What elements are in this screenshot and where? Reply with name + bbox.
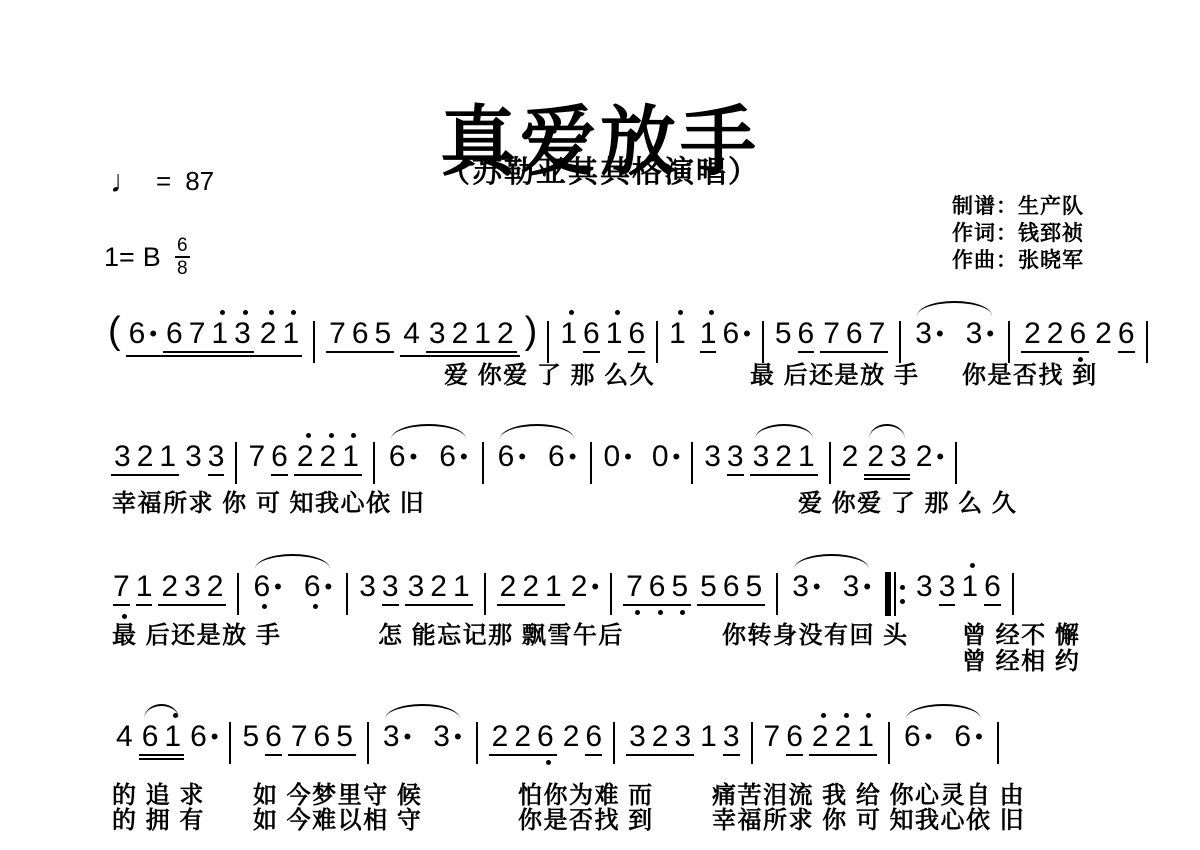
- note-digit: 6: [954, 722, 971, 752]
- note: 2: [842, 442, 859, 472]
- note-group: 226: [1021, 319, 1089, 353]
- augmentation-dot: •: [986, 323, 994, 345]
- note-digit: 5: [700, 572, 717, 602]
- note: 3: [674, 722, 691, 752]
- note-body: 6: [1069, 319, 1086, 349]
- note-group: 43212: [400, 319, 519, 357]
- note-body: 6•: [904, 722, 932, 752]
- note: 2: [835, 722, 852, 752]
- note-body: 6•: [439, 442, 467, 472]
- note-body: 1: [474, 319, 491, 349]
- barline: [476, 722, 478, 764]
- tie-arc: [144, 704, 179, 719]
- note: 3: [382, 572, 399, 606]
- octave-dot-above: [243, 310, 248, 315]
- note-body: 3: [185, 442, 202, 472]
- note-digit: 6: [628, 319, 645, 349]
- note-body: 3: [208, 442, 225, 476]
- octave-dot-below: [546, 760, 551, 765]
- note: 6: [846, 319, 863, 349]
- note-digit: 6: [253, 572, 270, 602]
- note-digit: 6: [1118, 319, 1135, 349]
- note: 1: [342, 442, 359, 472]
- note: 4: [403, 319, 420, 349]
- note-body: 3•: [843, 572, 871, 602]
- note-body: 5: [375, 319, 392, 349]
- barline: [1008, 321, 1010, 363]
- note-digit: 6: [389, 442, 406, 472]
- note: 2: [320, 442, 337, 472]
- note: 2: [1095, 319, 1112, 349]
- note: 6: [1069, 319, 1086, 349]
- note: 6: [1118, 319, 1135, 353]
- augmentation-dot: •: [936, 446, 944, 468]
- note: 2: [522, 572, 539, 602]
- note-digit: 1: [282, 319, 299, 349]
- note-digit: 7: [248, 442, 265, 472]
- barline: [346, 573, 348, 615]
- note-body: 2: [297, 442, 314, 472]
- repeat-thick-bar: [885, 572, 891, 616]
- augmentation-dot: •: [591, 576, 599, 598]
- note-digit: 6: [166, 319, 183, 349]
- note: 2: [652, 722, 669, 752]
- lyrics-segment: 如 今梦里守 候: [253, 784, 422, 808]
- note: 7: [189, 319, 206, 349]
- note-body: 2•: [916, 442, 944, 472]
- note-body: 2: [452, 319, 469, 349]
- note-group: 232: [158, 572, 226, 606]
- note-digit: 3: [114, 442, 131, 472]
- note-group: 221: [809, 722, 877, 756]
- note-digit: 2: [916, 442, 933, 472]
- note: 7: [823, 319, 840, 349]
- tie-arc: [385, 704, 460, 719]
- note: 3: [185, 442, 202, 472]
- note-body: 3: [234, 319, 251, 349]
- note-body: 2: [260, 319, 277, 349]
- tie-arc: [255, 554, 330, 569]
- note: 3: [408, 572, 425, 602]
- note-digit: 3: [429, 319, 446, 349]
- note-body: 2: [320, 442, 337, 472]
- note-body: 1: [560, 319, 577, 349]
- augmentation-dot: •: [863, 576, 871, 598]
- note-body: 6: [265, 722, 282, 756]
- note-body: 1: [453, 572, 470, 602]
- note-group: 6•6•: [901, 722, 986, 752]
- tie-arc: [869, 424, 904, 439]
- note: 5: [671, 572, 688, 602]
- note-body: 1: [669, 319, 686, 349]
- note: 1: [700, 722, 717, 752]
- note: 3: [234, 319, 251, 349]
- note-body: 3: [723, 722, 740, 756]
- note-digit: 6: [265, 722, 282, 752]
- note-body: 6: [142, 722, 159, 752]
- note-digit: 6: [548, 442, 565, 472]
- note-body: 2: [430, 572, 447, 602]
- note-digit: 1: [136, 572, 153, 602]
- octave-dot-below: [122, 614, 127, 619]
- note-body: 1: [700, 319, 717, 353]
- jianpu-line-3: 712326•6•333212212•7655653•3•3316: [110, 572, 1022, 609]
- note-body: 2: [500, 572, 517, 602]
- note-group: 226: [489, 722, 557, 756]
- note: 6: [786, 722, 803, 756]
- lyrics-segment: 你是否找 到: [962, 364, 1098, 388]
- note-digit: 2: [842, 442, 859, 472]
- note-body: 3: [408, 572, 425, 602]
- octave-dot-above: [678, 310, 683, 315]
- augmentation-dot: •: [410, 446, 418, 468]
- barline: [762, 321, 764, 363]
- note-group: 23: [864, 442, 909, 476]
- note: 3: [184, 572, 201, 602]
- note-digit: 6: [190, 722, 207, 752]
- note-digit: 6: [304, 572, 321, 602]
- note-body: 7: [189, 319, 206, 349]
- note-digit: 4: [403, 319, 420, 349]
- note-body: 7: [869, 319, 886, 349]
- note: 7: [291, 722, 308, 752]
- note-body: 3: [629, 722, 646, 752]
- note-body: 5: [671, 572, 688, 602]
- note: 5: [242, 722, 259, 752]
- note-group: 323: [626, 722, 694, 756]
- note: 3: [429, 319, 446, 349]
- note: 1: [474, 319, 491, 349]
- note: 4: [116, 722, 133, 752]
- note-body: 6•: [304, 572, 332, 602]
- note-body: 6•: [253, 572, 281, 602]
- note-body: 3: [753, 442, 770, 472]
- note-body: 1: [606, 319, 623, 349]
- note: 6•: [954, 722, 982, 752]
- note-group: 321: [750, 442, 818, 476]
- note-digit: 7: [113, 572, 130, 602]
- note: 2: [1047, 319, 1064, 349]
- note: 7: [329, 319, 346, 349]
- note: 3: [114, 442, 131, 472]
- note-digit: 3: [843, 572, 860, 602]
- barline: [547, 321, 549, 363]
- note-body: 2: [514, 722, 531, 752]
- tie-arc: [794, 554, 869, 569]
- note-digit: 5: [336, 722, 353, 752]
- note-body: 2: [161, 572, 178, 602]
- note-digit: 3: [966, 319, 983, 349]
- note-digit: 1: [453, 572, 470, 602]
- note: 3•: [966, 319, 994, 349]
- note-digit: 3: [792, 572, 809, 602]
- note-body: 3: [359, 572, 376, 602]
- note-body: 1: [159, 442, 176, 472]
- barline: [955, 442, 957, 484]
- tie-arc: [755, 424, 813, 439]
- note-digit: 6: [722, 319, 739, 349]
- note-body: 1: [798, 442, 815, 472]
- note-digit: 7: [291, 722, 308, 752]
- augmentation-dot: •: [813, 576, 821, 598]
- note-body: 5: [746, 572, 763, 602]
- note-body: 4: [403, 319, 420, 349]
- note-digit: 6: [585, 722, 602, 752]
- note-digit: 2: [1024, 319, 1041, 349]
- note-body: 6: [271, 442, 288, 476]
- note-digit: 1: [669, 319, 686, 349]
- augmentation-dot: •: [211, 726, 219, 748]
- lyrics-segment: 的 追 求: [112, 784, 205, 808]
- note-digit: 5: [671, 572, 688, 602]
- note: 3•: [915, 319, 943, 349]
- parenthesis: ): [525, 312, 538, 350]
- augmentation-dot: •: [569, 446, 577, 468]
- note: 2: [161, 572, 178, 602]
- octave-dot-above: [220, 310, 225, 315]
- note-digit: 3: [433, 722, 450, 752]
- note: 6: [628, 319, 645, 353]
- note-digit: 2: [207, 572, 224, 602]
- note-group: 6•671321: [126, 319, 303, 357]
- note-digit: 6: [723, 572, 740, 602]
- barline: [373, 442, 375, 484]
- repeat-dot: [900, 599, 905, 604]
- lyrics-segment: 幸福所求 你 可 知我心依 旧: [712, 809, 1025, 833]
- note: 3: [723, 722, 740, 756]
- note-digit: 6: [439, 442, 456, 472]
- note-digit: 7: [189, 319, 206, 349]
- note-digit: 2: [320, 442, 337, 472]
- augmentation-dot: •: [975, 726, 983, 748]
- note-digit: 2: [571, 572, 588, 602]
- octave-dot-above: [821, 713, 826, 718]
- note: 1: [159, 442, 176, 472]
- note-body: 5: [242, 722, 259, 752]
- note: 3: [939, 572, 956, 606]
- note: 6: [798, 319, 815, 353]
- note: 2: [497, 319, 514, 349]
- note-body: 7: [113, 572, 130, 606]
- note: 2: [1024, 319, 1041, 349]
- note-body: 2•: [571, 572, 599, 602]
- note: 7: [764, 722, 781, 752]
- note-digit: 2: [867, 442, 884, 472]
- note-group: 3•3•: [789, 572, 874, 602]
- note-body: 3•: [433, 722, 461, 752]
- note-body: 2: [1024, 319, 1041, 349]
- note: 1: [282, 319, 299, 349]
- note-body: 2: [652, 722, 669, 752]
- note: 6•: [304, 572, 332, 602]
- note-body: 6: [1118, 319, 1135, 353]
- note: 1: [669, 319, 686, 349]
- note-digit: 2: [835, 722, 852, 752]
- note: 3: [890, 442, 907, 472]
- note: 2: [500, 572, 517, 602]
- note: 6: [265, 722, 282, 756]
- augmentation-dot: •: [149, 323, 157, 345]
- note-digit: 3: [674, 722, 691, 752]
- note-digit: 3: [629, 722, 646, 752]
- note: 2: [775, 442, 792, 472]
- note-group: 6•6•: [495, 442, 580, 472]
- note-digit: 7: [764, 722, 781, 752]
- note-body: 2: [137, 442, 154, 472]
- note: 7: [869, 319, 886, 349]
- note-body: 3: [674, 722, 691, 752]
- note-digit: 2: [563, 722, 580, 752]
- note: 6•: [722, 319, 750, 349]
- repeat-thin-bar: [894, 572, 896, 616]
- note-body: 7: [823, 319, 840, 349]
- lyrics-segment: 最 后还是放 手: [750, 364, 919, 388]
- note-digit: 2: [497, 319, 514, 349]
- note-digit: 1: [211, 319, 228, 349]
- barline: [1012, 573, 1014, 615]
- note-body: 1: [211, 319, 228, 349]
- sheet-page: 真爱放手 （苏勒亚其其格演唱） ♩ = 87 1= B 6 8 制谱：生产队 作…: [0, 0, 1200, 850]
- note-body: 3: [704, 442, 721, 472]
- note: 6: [271, 442, 288, 476]
- note-body: 2: [775, 442, 792, 472]
- note: 1: [700, 319, 717, 353]
- note: 2: [137, 442, 154, 472]
- note-body: 2: [812, 722, 829, 752]
- note: 6: [649, 572, 666, 602]
- note-body: 7: [291, 722, 308, 752]
- note-digit: 2: [522, 572, 539, 602]
- note-body: 6: [352, 319, 369, 349]
- barline: [997, 722, 999, 764]
- note-body: 3: [429, 319, 446, 349]
- note-digit: 7: [823, 319, 840, 349]
- octave-dot-below: [680, 610, 685, 615]
- note-body: 2: [867, 442, 884, 472]
- note: 2: [430, 572, 447, 602]
- note-body: 6•: [129, 319, 157, 349]
- lyrics-segment: 曾 经相 约: [962, 650, 1080, 674]
- lyrics-segment: 怕你为难 而: [518, 784, 654, 808]
- note: 7: [626, 572, 643, 602]
- note-digit: 2: [492, 722, 509, 752]
- note-digit: 2: [775, 442, 792, 472]
- note: 1: [453, 572, 470, 602]
- note-digit: 5: [775, 319, 792, 349]
- barline: [888, 722, 890, 764]
- jianpu-line-2: 32133762216•6•6•6•0•0•333212232•: [108, 442, 965, 478]
- note-digit: 3: [382, 572, 399, 602]
- note-body: 6: [846, 319, 863, 349]
- note-digit: 1: [700, 319, 717, 349]
- note-body: 3: [184, 572, 201, 602]
- second-underline: [139, 758, 184, 760]
- augmentation-dot: •: [936, 323, 944, 345]
- note-digit: 4: [116, 722, 133, 752]
- parenthesis: (: [108, 312, 121, 350]
- note-digit: 2: [514, 722, 531, 752]
- note-digit: 6: [314, 722, 331, 752]
- octave-dot-below: [313, 604, 318, 609]
- note: 2: [297, 442, 314, 472]
- augmentation-dot: •: [325, 576, 333, 598]
- barline: [829, 442, 831, 484]
- note-body: 3: [382, 572, 399, 606]
- lyrics-segment: 你是否找 到: [518, 809, 654, 833]
- note: 3: [359, 572, 376, 602]
- note: 6•: [548, 442, 576, 472]
- note-digit: 2: [1047, 319, 1064, 349]
- note-body: 2: [563, 722, 580, 752]
- note-body: 6: [537, 722, 554, 752]
- note-digit: 0: [652, 442, 669, 472]
- note: 6: [583, 319, 600, 353]
- note-digit: 1: [961, 572, 978, 602]
- note: 1: [560, 319, 577, 349]
- note-group: 6•6•: [250, 572, 335, 602]
- repeat-open-sign: [885, 572, 905, 616]
- note-body: 0•: [652, 442, 680, 472]
- note-group: 321: [111, 442, 179, 476]
- note: 7: [248, 442, 265, 472]
- note-body: 3•: [966, 319, 994, 349]
- note-body: 1: [164, 722, 181, 752]
- note-digit: 3: [704, 442, 721, 472]
- note-group: 3212: [426, 319, 517, 353]
- note-digit: 3: [184, 572, 201, 602]
- note-body: 1: [342, 442, 359, 472]
- note-group: 61: [139, 722, 184, 756]
- augmentation-dot: •: [518, 446, 526, 468]
- octave-dot-above: [329, 433, 334, 438]
- note-digit: 3: [408, 572, 425, 602]
- octave-dot-above: [569, 310, 574, 315]
- note-body: 7: [248, 442, 265, 472]
- note: 6•: [389, 442, 417, 472]
- note-body: 3•: [915, 319, 943, 349]
- note-digit: 1: [798, 442, 815, 472]
- octave-dot-above: [970, 563, 975, 568]
- note: 1: [961, 572, 978, 602]
- tie-arc: [500, 424, 575, 439]
- note: 2: [812, 722, 829, 752]
- repeat-dots: [900, 585, 905, 604]
- note-digit: 3: [753, 442, 770, 472]
- note: 0•: [603, 442, 631, 472]
- note-group: 321: [405, 572, 473, 606]
- note-digit: 6: [498, 442, 515, 472]
- lyrics-segment: 爱 你爱 了 那 么 久: [798, 492, 1017, 516]
- note: 6: [352, 319, 369, 349]
- note-digit: 3: [939, 572, 956, 602]
- note-digit: 5: [375, 319, 392, 349]
- lyrics-segment: 最 后还是放 手: [112, 624, 281, 648]
- note-digit: 2: [430, 572, 447, 602]
- note-group: 765: [288, 722, 356, 756]
- note-body: 3: [916, 572, 933, 602]
- note-body: 5: [700, 572, 717, 602]
- note: 5: [700, 572, 717, 602]
- note-body: 3•: [383, 722, 411, 752]
- note-digit: 1: [545, 572, 562, 602]
- lyrics-segment: 幸福所求 你 可 知我心依 旧: [112, 492, 425, 516]
- note: 5: [336, 722, 353, 752]
- second-underline: [864, 478, 909, 480]
- note-group: 767: [820, 319, 888, 353]
- note-body: 6: [585, 722, 602, 756]
- note-body: 1: [961, 572, 978, 602]
- note: 2: [207, 572, 224, 602]
